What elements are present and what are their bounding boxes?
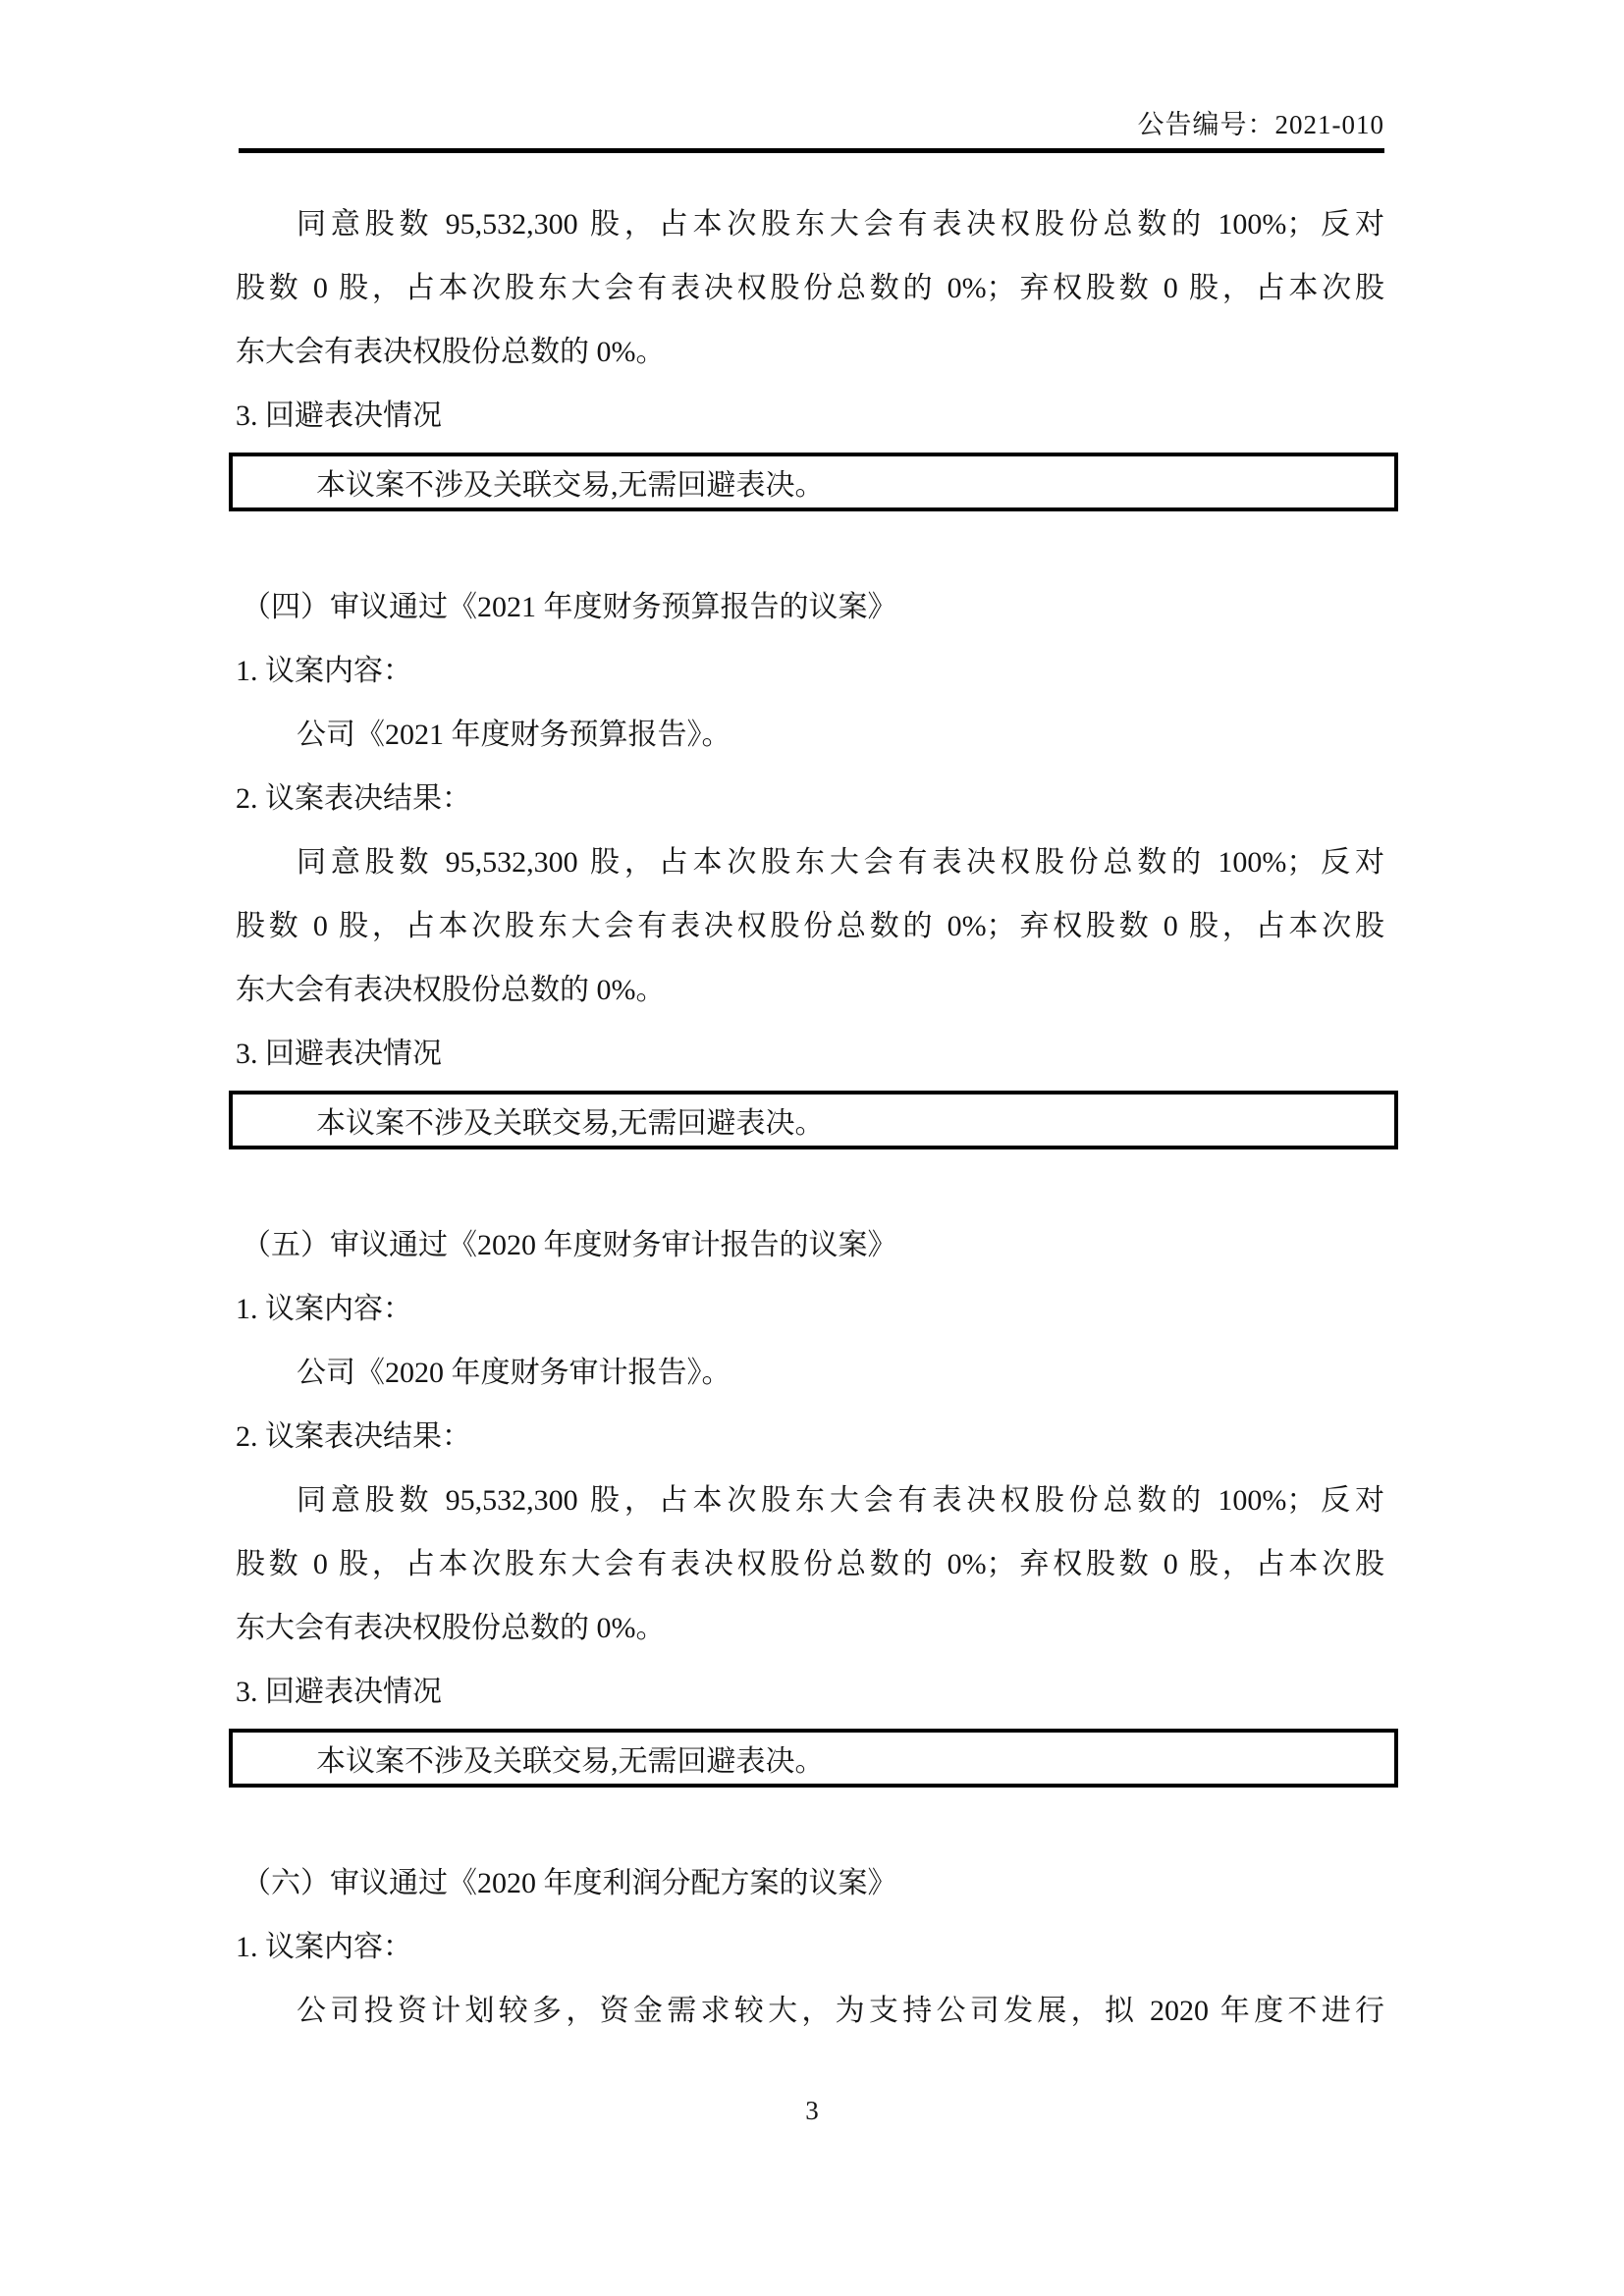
recusal-box-text: 本议案不涉及关联交易,无需回避表决。 <box>316 460 825 504</box>
header-rule <box>239 148 1384 153</box>
page-number: 3 <box>0 2091 1624 2130</box>
section-content: 公司《2021 年度财务预算报告》。 <box>236 703 1384 767</box>
vote-result-item-heading: 2. 议案表决结果： <box>236 1405 1384 1468</box>
recusal-box-text: 本议案不涉及关联交易,无需回避表决。 <box>316 1736 825 1780</box>
notice-number: 公告编号：2021-010 <box>1138 104 1385 145</box>
vote-result-item-heading: 2. 议案表决结果： <box>236 767 1384 830</box>
content-item-heading: 1. 议案内容： <box>236 1277 1384 1341</box>
content-item-heading: 1. 议案内容： <box>236 1915 1384 1979</box>
vote-result-line: 同意股数 95,532,300 股，占本次股东大会有表决权股份总数的 100%；… <box>236 192 1384 256</box>
section-title: （五）审议通过《2020 年度财务审计报告的议案》 <box>236 1213 1384 1277</box>
recusal-box: 本议案不涉及关联交易,无需回避表决。 <box>229 1091 1398 1149</box>
section-title: （六）审议通过《2020 年度利润分配方案的议案》 <box>236 1851 1384 1915</box>
recusal-item-heading: 3. 回避表决情况 <box>236 1022 1384 1086</box>
document-page: 公告编号：2021-010 同意股数 95,532,300 股，占本次股东大会有… <box>0 0 1624 2296</box>
recusal-item-heading: 3. 回避表决情况 <box>236 384 1384 448</box>
vote-result-line: 东大会有表决权股份总数的 0%。 <box>236 1596 1384 1660</box>
vote-result-line: 股数 0 股，占本次股东大会有表决权股份总数的 0%；弃权股数 0 股，占本次股 <box>236 256 1384 320</box>
vote-result-line: 股数 0 股，占本次股东大会有表决权股份总数的 0%；弃权股数 0 股，占本次股 <box>236 1532 1384 1596</box>
recusal-box: 本议案不涉及关联交易,无需回避表决。 <box>229 453 1398 511</box>
vote-result-line: 股数 0 股，占本次股东大会有表决权股份总数的 0%；弃权股数 0 股，占本次股 <box>236 894 1384 958</box>
section-content: 公司投资计划较多，资金需求较大，为支持公司发展，拟 2020 年度不进行 <box>236 1979 1384 2043</box>
content-item-heading: 1. 议案内容： <box>236 639 1384 703</box>
vote-result-line: 东大会有表决权股份总数的 0%。 <box>236 320 1384 384</box>
section-title: （四）审议通过《2021 年度财务预算报告的议案》 <box>236 575 1384 639</box>
recusal-box-text: 本议案不涉及关联交易,无需回避表决。 <box>316 1098 825 1142</box>
vote-result-line: 东大会有表决权股份总数的 0%。 <box>236 958 1384 1022</box>
vote-result-line: 同意股数 95,532,300 股，占本次股东大会有表决权股份总数的 100%；… <box>236 830 1384 894</box>
vote-result-line: 同意股数 95,532,300 股，占本次股东大会有表决权股份总数的 100%；… <box>236 1468 1384 1532</box>
section-content: 公司《2020 年度财务审计报告》。 <box>236 1341 1384 1405</box>
recusal-box: 本议案不涉及关联交易,无需回避表决。 <box>229 1729 1398 1788</box>
recusal-item-heading: 3. 回避表决情况 <box>236 1660 1384 1724</box>
document-body: 同意股数 95,532,300 股，占本次股东大会有表决权股份总数的 100%；… <box>236 192 1384 2043</box>
